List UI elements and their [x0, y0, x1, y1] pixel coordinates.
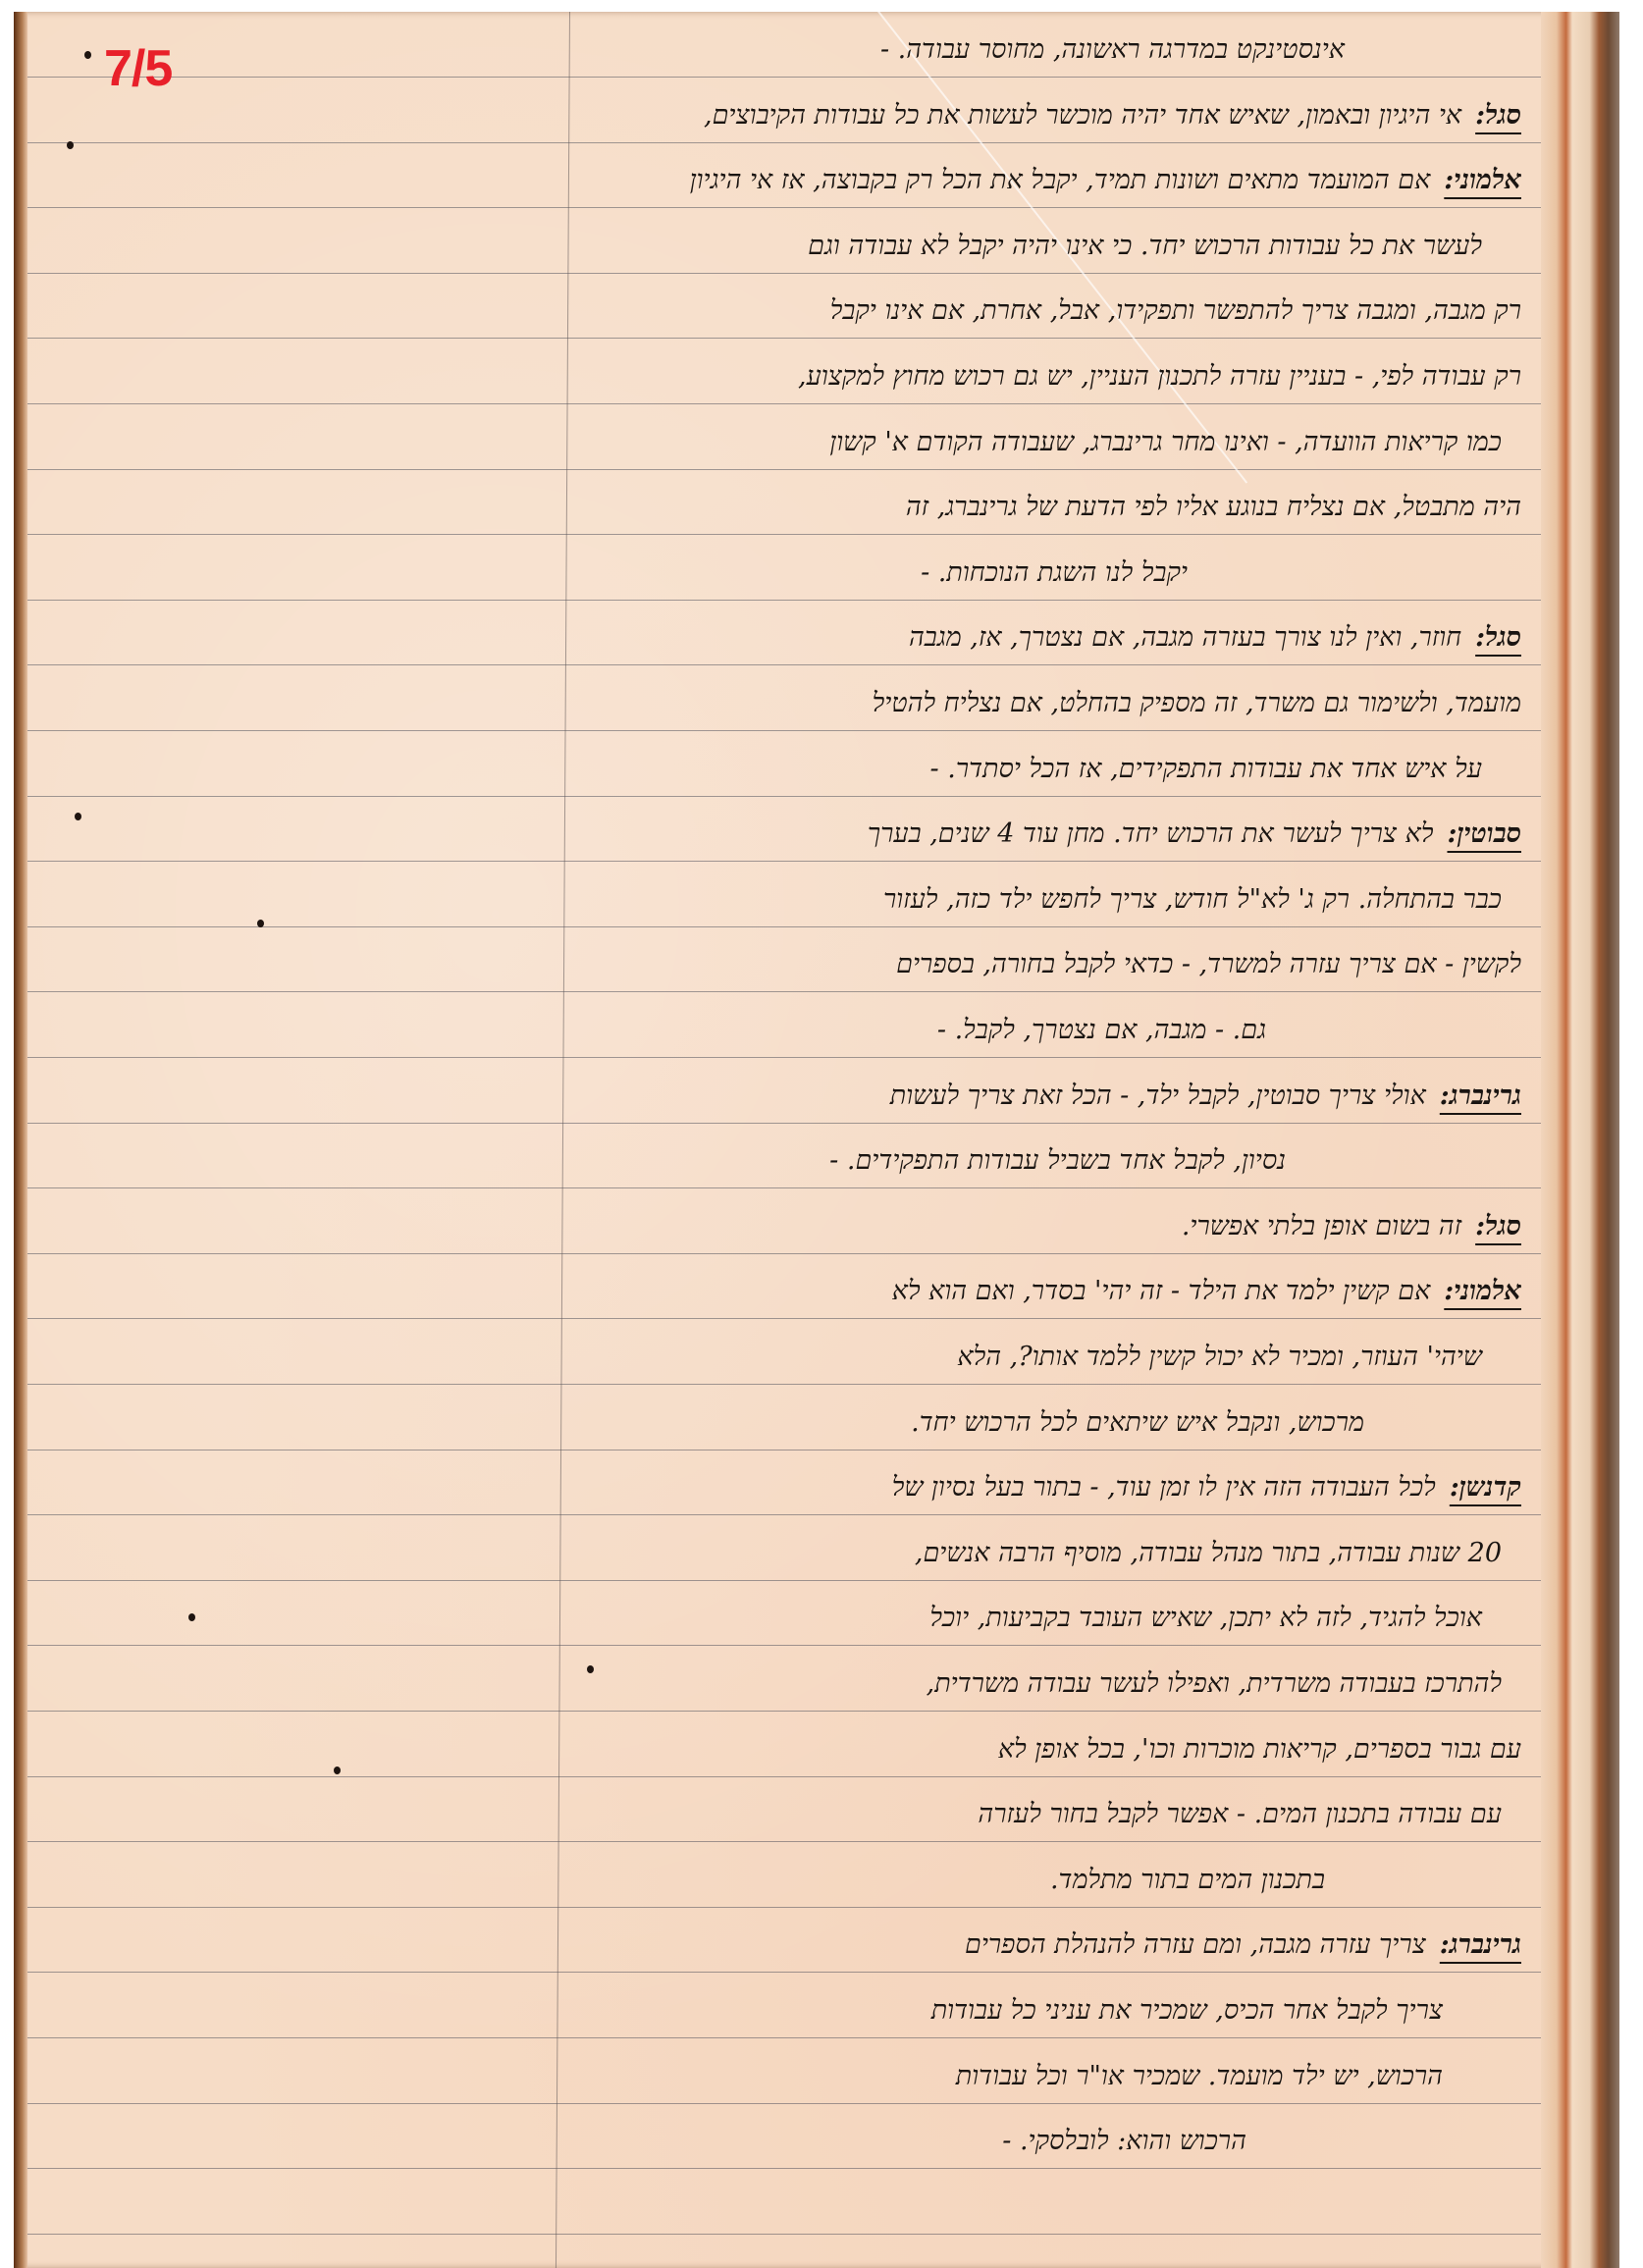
text-line: שיהי' העוזר, ומכיר לא יכול קשין ללמד אות…	[583, 1341, 1521, 1374]
text-line: אינסטינקט במדרגה ראשונה, מחוסר עבודה. -	[583, 33, 1521, 67]
line-text: כבר בהתחלה. רק ג' לא"ל חודש, צריך לחפש י…	[883, 884, 1502, 915]
line-text: צריך לקבל אחר הכיס, שמכיר את עניני כל עב…	[931, 1995, 1443, 2026]
line-text: כמו קריאות הוועדה, - ואינו מחר גרינברג, …	[829, 427, 1502, 457]
notebook-binding	[1541, 12, 1619, 2268]
text-line: גרינברג:אולי צריך סבוטין, לקבל ילד, - הכ…	[583, 1080, 1521, 1113]
text-line: גרינברג:צריך עזרה מגבה, ומם עזרה להנהלת …	[583, 1928, 1521, 1962]
speaker-label: אלמוני:	[1444, 165, 1521, 195]
text-line: סגל:זה בשום אופן בלתי אפשרי.	[583, 1210, 1521, 1243]
line-text: אם המועמד מתאים ושונות תמיד, יקבל את הכל…	[690, 165, 1431, 195]
line-text: היה מתבטל, אם נצליח בנוגע אליו לפי הדעת …	[906, 492, 1521, 522]
text-line: אלמוני:אם המועמד מתאים ושונות תמיד, יקבל…	[583, 164, 1521, 197]
text-line: יקבל לנו השגת הנוכחות. -	[583, 556, 1521, 590]
text-line: נסיון, לקבל אחד בשביל עבודות התפקידים. -	[583, 1144, 1521, 1178]
text-line: על איש אחד את עבודות התפקידים, אז הכל יס…	[583, 753, 1521, 786]
line-text: רק עבודה לפי, - בעניין עזרה לתכנון העניי…	[798, 361, 1521, 392]
text-line: 20 שנות עבודה, בתור מנהל עבודה, מוסיף הר…	[583, 1537, 1521, 1570]
text-line: מועמד, ולשימור גם משרד, זה מספיק בהחלט, …	[583, 687, 1521, 720]
text-line: אלמוני:אם קשין ילמד את הילד - זה יהי' בס…	[583, 1275, 1521, 1308]
speaker-label: סבוטין:	[1447, 818, 1521, 849]
text-line: רק עבודה לפי, - בעניין עזרה לתכנון העניי…	[583, 360, 1521, 394]
speaker-label: סגל:	[1475, 1211, 1521, 1241]
line-text: יקבל לנו השגת הנוכחות. -	[921, 557, 1188, 588]
ink-spot	[67, 141, 74, 149]
text-line: עם עבודה בתכנון המים. - אפשר לקבל בחור ל…	[583, 1798, 1521, 1831]
speaker-label: גרינברג:	[1440, 1081, 1521, 1111]
line-text: בתכנון המים בתור מתלמד.	[1050, 1865, 1325, 1895]
text-line: סגל:חוזר, ואין לנו צורך בעזרה מגבה, אם נ…	[583, 621, 1521, 655]
text-line: אוכל להגיד, לזה לא יתכן, שאיש העובד בקבי…	[583, 1602, 1521, 1635]
text-line: היה מתבטל, אם נצליח בנוגע אליו לפי הדעת …	[583, 491, 1521, 524]
text-line: קדנשן:לכל העבודה הזה אין לו זמן עוד, - ב…	[583, 1471, 1521, 1504]
handwritten-minutes: אינסטינקט במדרגה ראשונה, מחוסר עבודה. -ס…	[583, 12, 1521, 2268]
ink-spot	[75, 813, 81, 820]
margin-line	[556, 12, 570, 2268]
page-left-edge	[14, 12, 27, 2268]
line-text: מועמד, ולשימור גם משרד, זה מספיק בהחלט, …	[873, 688, 1521, 718]
text-line: כמו קריאות הוועדה, - ואינו מחר גרינברג, …	[583, 426, 1521, 459]
ink-spot	[334, 1767, 341, 1774]
line-text: 20 שנות עבודה, בתור מנהל עבודה, מוסיף הר…	[915, 1538, 1502, 1568]
text-line: כבר בהתחלה. רק ג' לא"ל חודש, צריך לחפש י…	[583, 883, 1521, 917]
text-line: להתרכז בעבודה משרדית, ואפילו לעשר עבודה …	[583, 1667, 1521, 1701]
text-line: גם. - מגבה, אם נצטרך, לקבל. -	[583, 1014, 1521, 1047]
line-text: הרכוש והוא: לובלסקי. -	[1002, 2126, 1246, 2156]
line-text: לכל העבודה הזה אין לו זמן עוד, - בתור בע…	[892, 1472, 1436, 1503]
page-marker: 7/5	[104, 39, 172, 98]
line-text: עם עבודה בתכנון המים. - אפשר לקבל בחור ל…	[978, 1799, 1502, 1829]
line-text: צריך עזרה מגבה, ומם עזרה להנהלת הספרים	[965, 1929, 1426, 1960]
speaker-label: סגל:	[1475, 622, 1521, 653]
line-text: שיהי' העוזר, ומכיר לא יכול קשין ללמד אות…	[957, 1342, 1482, 1372]
line-text: להתרכז בעבודה משרדית, ואפילו לעשר עבודה …	[927, 1668, 1502, 1699]
text-line: רק מגבה, ומגבה צריך להתפשר ותפקידו, אבל,…	[583, 294, 1521, 328]
line-text: אם קשין ילמד את הילד - זה יהי' בסדר, ואם…	[892, 1276, 1431, 1306]
speaker-label: קדנשן:	[1450, 1472, 1521, 1503]
line-text: הרכוש, יש ילד מועמד. שמכיר או"ר וכל עבוד…	[956, 2061, 1443, 2091]
text-line: הרכוש והוא: לובלסקי. -	[583, 2125, 1521, 2158]
line-text: אוכל להגיד, לזה לא יתכן, שאיש העובד בקבי…	[929, 1603, 1482, 1633]
line-text: על איש אחד את עבודות התפקידים, אז הכל יס…	[930, 754, 1482, 784]
ink-spot	[257, 920, 264, 927]
speaker-label: אלמוני:	[1444, 1276, 1521, 1306]
line-text: אולי צריך סבוטין, לקבל ילד, - הכל זאת צר…	[890, 1081, 1426, 1111]
text-line: בתכנון המים בתור מתלמד.	[583, 1864, 1521, 1897]
line-text: חוזר, ואין לנו צורך בעזרה מגבה, אם נצטרך…	[909, 622, 1461, 653]
text-line: צריך לקבל אחר הכיס, שמכיר את עניני כל עב…	[583, 1994, 1521, 2028]
speaker-label: סגל:	[1475, 100, 1521, 131]
text-line: הרכוש, יש ילד מועמד. שמכיר או"ר וכל עבוד…	[583, 2060, 1521, 2093]
line-text: גם. - מגבה, אם נצטרך, לקבל. -	[937, 1015, 1266, 1045]
line-text: לעשר את כל עבודות הרכוש יחד. כי אינו יהי…	[808, 231, 1482, 261]
text-line: לקשין - אם צריך עזרה למשרד, - כדאי לקבל …	[583, 948, 1521, 981]
text-line: סבוטין:לא צריך לעשר את הרכוש יחד. מחן עו…	[583, 818, 1521, 851]
line-text: אינסטינקט במדרגה ראשונה, מחוסר עבודה. -	[880, 34, 1345, 65]
line-text: עם גבור בספרים, קריאות מוכרות וכו', בכל …	[998, 1734, 1521, 1765]
text-line: מרכוש, ונקבל איש שיתאים לכל הרכוש יחד.	[583, 1406, 1521, 1440]
line-text: זה בשום אופן בלתי אפשרי.	[1182, 1211, 1461, 1241]
line-text: אי היגיון ובאמון, שאיש אחד יהיה מוכשר לע…	[704, 100, 1461, 131]
ink-spot	[84, 51, 91, 59]
text-line: סגל:אי היגיון ובאמון, שאיש אחד יהיה מוכש…	[583, 99, 1521, 132]
text-line: עם גבור בספרים, קריאות מוכרות וכו', בכל …	[583, 1733, 1521, 1767]
ink-spot	[188, 1613, 195, 1621]
speaker-label: גרינברג:	[1440, 1929, 1521, 1960]
text-line: לעשר את כל עבודות הרכוש יחד. כי אינו יהי…	[583, 230, 1521, 263]
line-text: מרכוש, ונקבל איש שיתאים לכל הרכוש יחד.	[911, 1407, 1364, 1438]
line-text: נסיון, לקבל אחד בשביל עבודות התפקידים. -	[829, 1145, 1286, 1176]
line-text: לא צריך לעשר את הרכוש יחד. מחן עוד 4 שני…	[868, 818, 1434, 849]
notebook-page: 7/5 אינסטינקט במדרגה ראשונה, מחוסר עבודה…	[14, 12, 1619, 2268]
line-text: לקשין - אם צריך עזרה למשרד, - כדאי לקבל …	[896, 949, 1521, 979]
line-text: רק מגבה, ומגבה צריך להתפשר ותפקידו, אבל,…	[830, 295, 1521, 326]
